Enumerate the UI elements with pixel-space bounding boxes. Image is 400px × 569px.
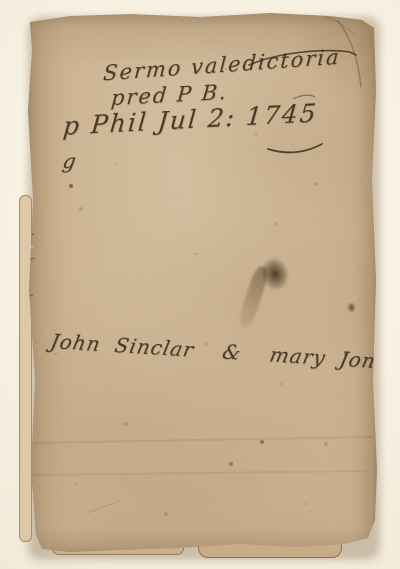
crease-line bbox=[31, 437, 372, 443]
page-edges-left bbox=[19, 195, 32, 542]
manuscript-scan: Sermo valedictoria pred P B. p Phil Jul … bbox=[0, 0, 400, 569]
inscription-date-line: p Phil Jul 2: 1745 bbox=[62, 98, 319, 141]
corner-fold-line bbox=[324, 16, 355, 35]
scratch-mark bbox=[87, 501, 120, 513]
inscription-owners-line: John Sinclar & mary Jones bbox=[49, 329, 400, 374]
book-cover: Sermo valedictoria pred P B. p Phil Jul … bbox=[25, 13, 378, 556]
crease-line bbox=[33, 471, 370, 475]
ink-spot-right-edge bbox=[347, 302, 356, 313]
inscription-quire-mark: g bbox=[61, 149, 78, 173]
foxing-speckles bbox=[25, 13, 27, 15]
date-underline bbox=[268, 144, 322, 152]
